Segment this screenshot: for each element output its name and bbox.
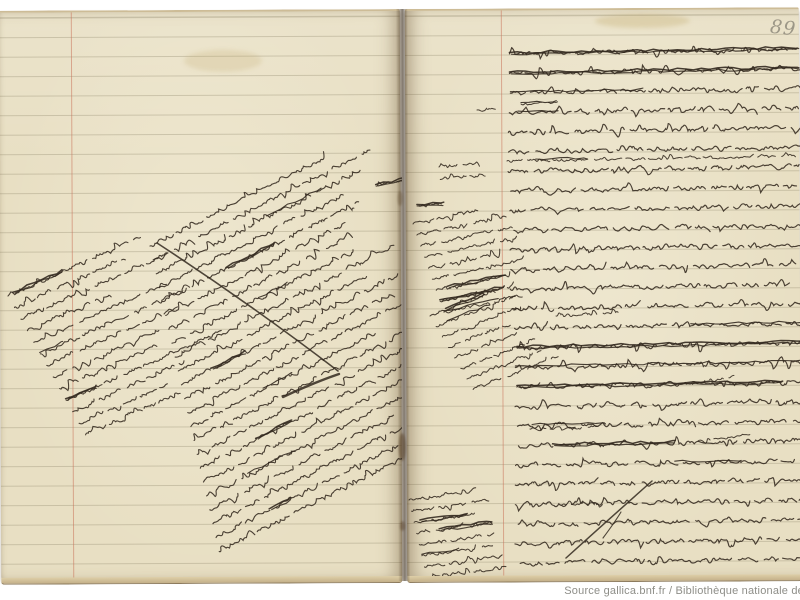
paper-stain [184,50,262,72]
folio-number-pencil: 89 [769,16,797,41]
left-page-bottom-edge [1,576,402,585]
source-attribution-caption: Source gallica.bnf.fr / Bibliothèque nat… [564,585,800,597]
right-page-margin-rule [501,11,504,577]
right-page [405,7,800,577]
manuscript-scan: 89 Source gallica.bnf.fr / Bibliothèque … [0,0,800,600]
ink-blot [399,433,406,461]
notebook-photo [0,7,800,576]
paper-stain [595,14,690,28]
right-page-bottom-edge [407,574,800,583]
left-page-margin-rule [71,12,74,578]
ink-blot [400,521,405,531]
left-page [0,9,402,579]
binding-gutter-shadow [396,9,410,581]
ink-blot [398,191,403,206]
